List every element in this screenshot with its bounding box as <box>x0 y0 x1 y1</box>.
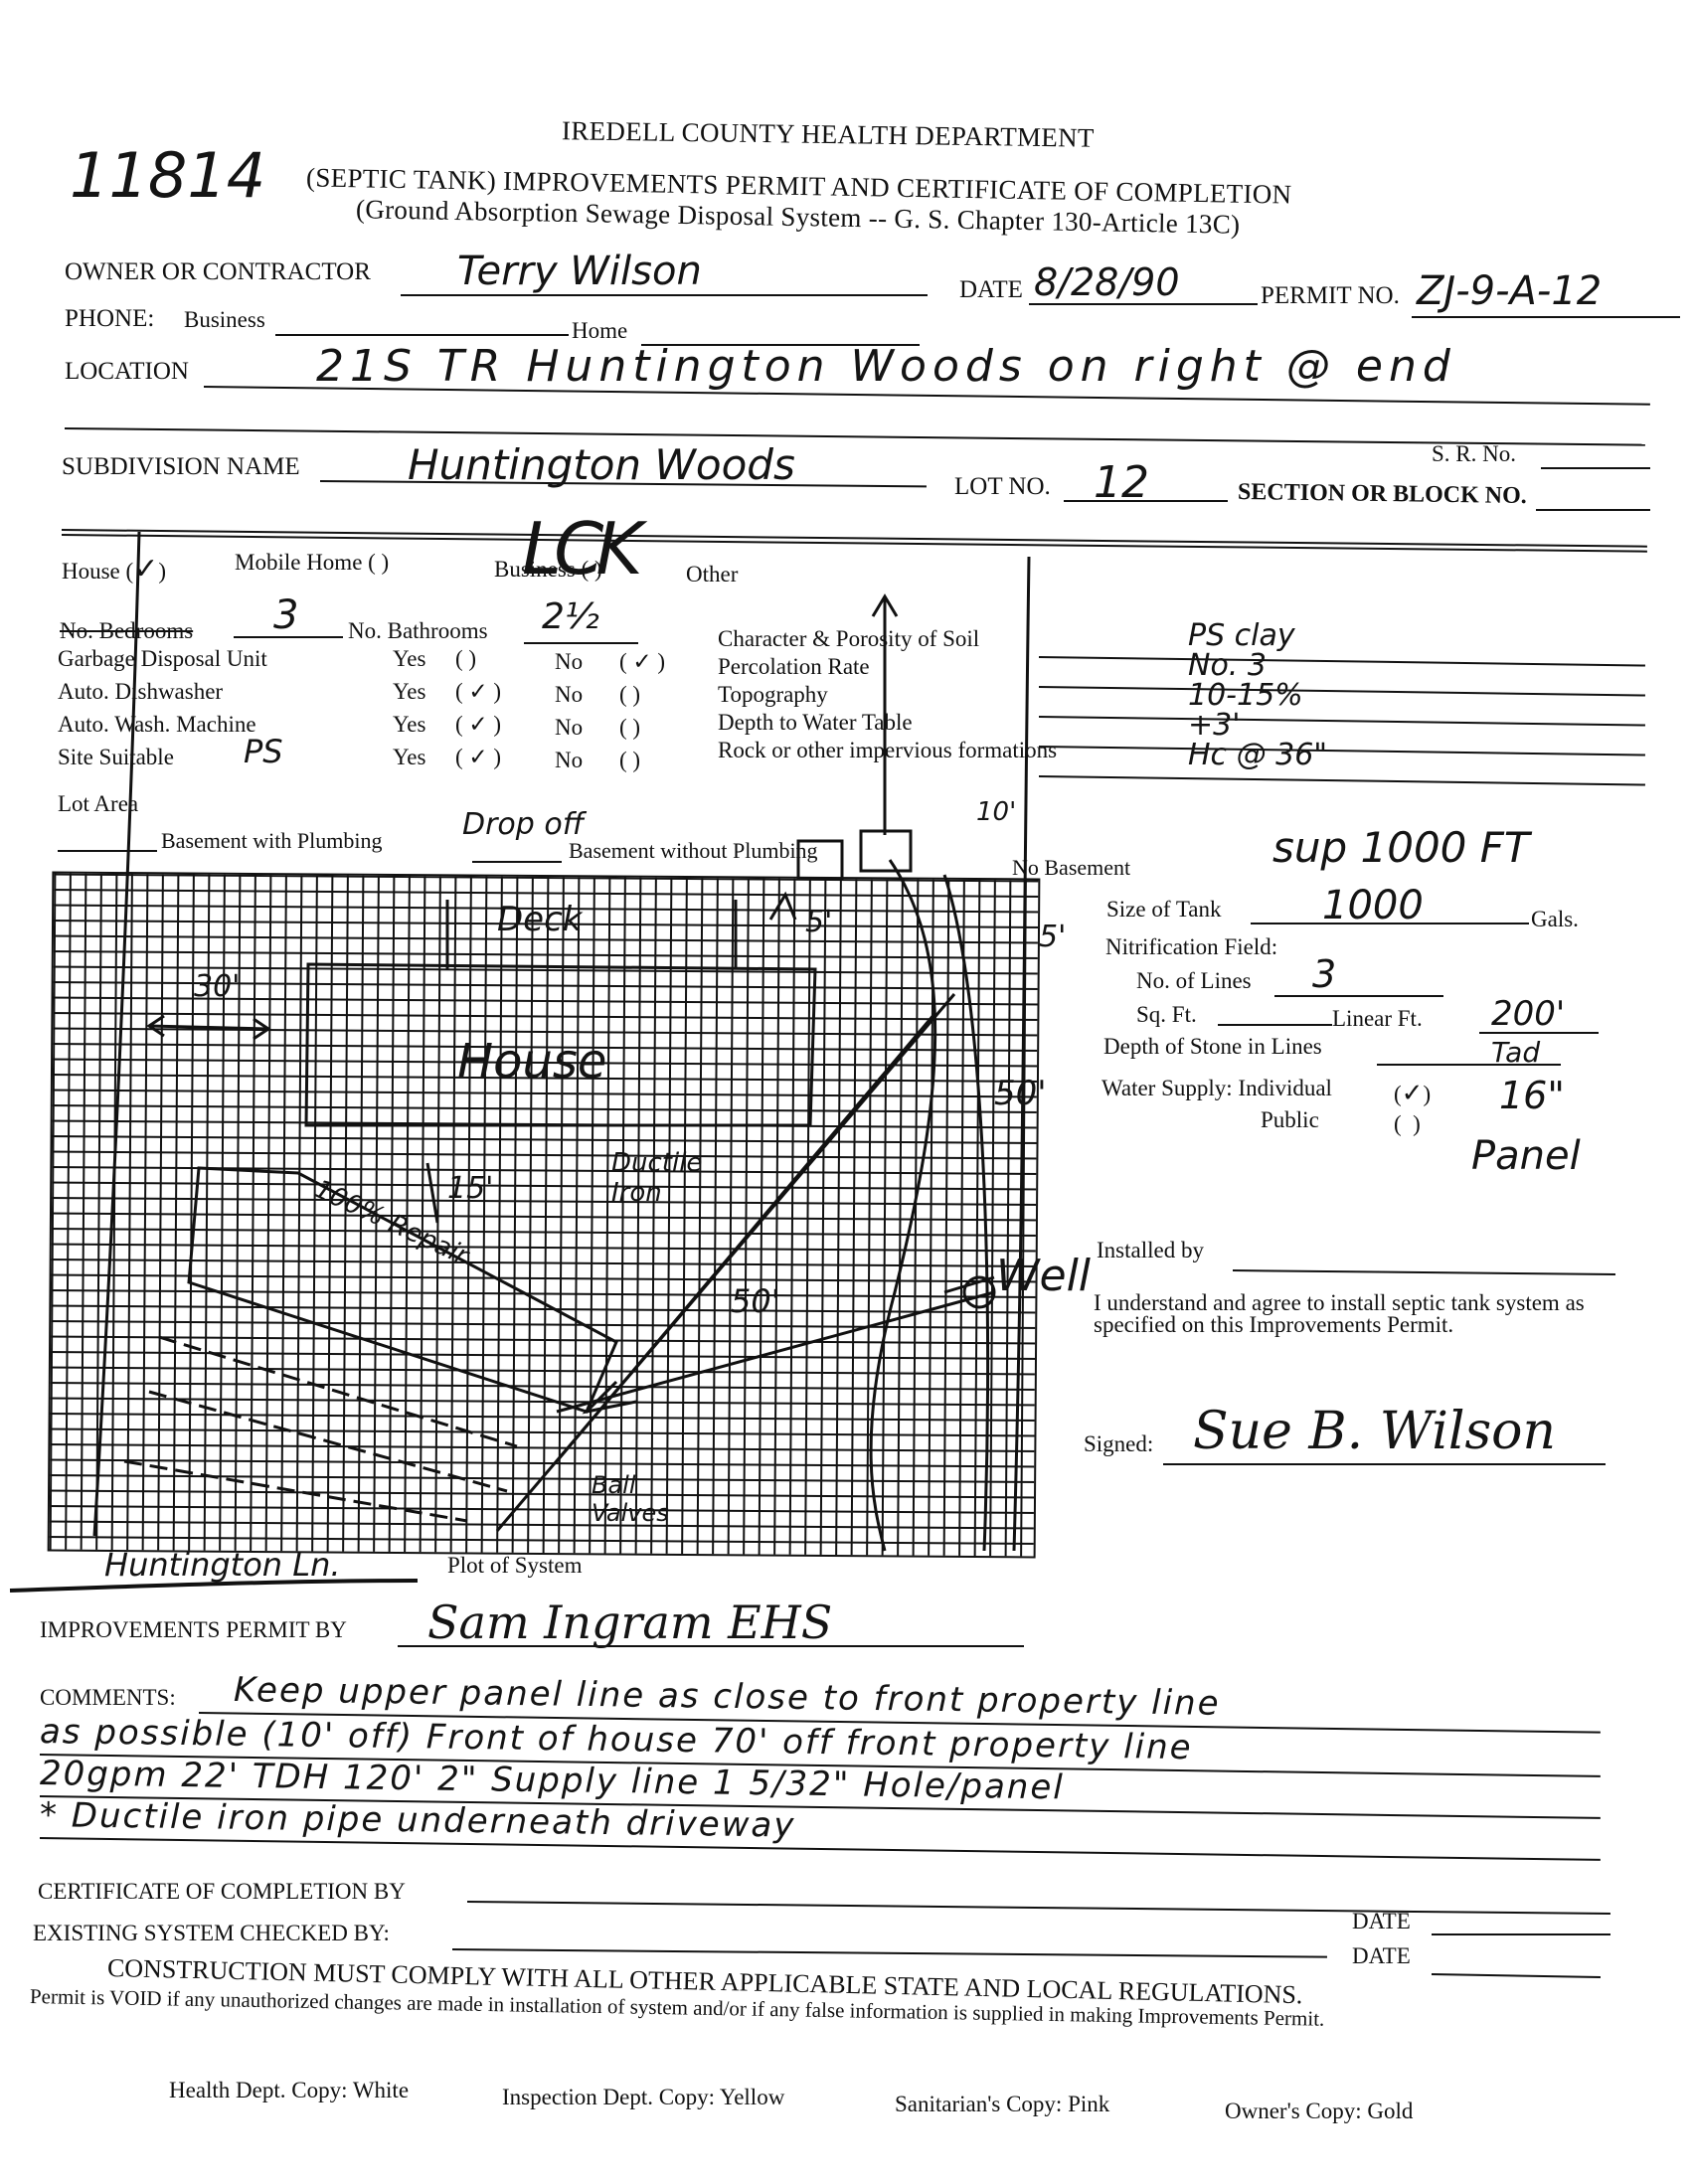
certificate-label: CERTIFICATE OF COMPLETION BY <box>38 1879 406 1905</box>
plot-label-5ft: 5' <box>805 905 832 939</box>
comments-label: COMMENTS: <box>40 1685 176 1711</box>
copy-label: Sanitarian's Copy: Pink <box>895 2092 1109 2117</box>
permit-by-label: IMPROVEMENTS PERMIT BY <box>40 1617 347 1643</box>
plot-label-deck: Deck <box>497 900 582 939</box>
plot-label-ductile-iron: Ductile Iron <box>611 1148 721 1208</box>
plot-caption: Plot of System <box>447 1553 582 1579</box>
plot-label-house: House <box>457 1034 606 1090</box>
plot-label-side-5ft: 5' <box>1039 920 1066 954</box>
plot-label-15ft: 15' <box>447 1171 493 1206</box>
copy-label: Owner's Copy: Gold <box>1225 2099 1413 2124</box>
plot-label-30ft: 30' <box>194 969 240 1004</box>
existing-system-label: EXISTING SYSTEM CHECKED BY: <box>33 1921 390 1946</box>
existing-date-label: DATE <box>1352 1943 1411 1969</box>
plot-label-50ft-mid: 50' <box>731 1282 780 1320</box>
plot-label-10ft: 10' <box>976 797 1016 827</box>
certificate-date-label: DATE <box>1352 1909 1411 1934</box>
copy-label: Health Dept. Copy: White <box>169 2078 409 2103</box>
plot-label-50ft-top: 50' <box>994 1074 1047 1113</box>
plot-label-ball-valves: Ball Valves <box>592 1471 691 1527</box>
certificate-date-field[interactable] <box>1432 1933 1610 1935</box>
permit-by-field[interactable]: Sam Ingram EHS <box>427 1596 832 1649</box>
plot-label-well: Well <box>996 1251 1091 1301</box>
road-name: Huntington Ln. <box>104 1546 341 1584</box>
copy-label: Inspection Dept. Copy: Yellow <box>502 2085 784 2110</box>
